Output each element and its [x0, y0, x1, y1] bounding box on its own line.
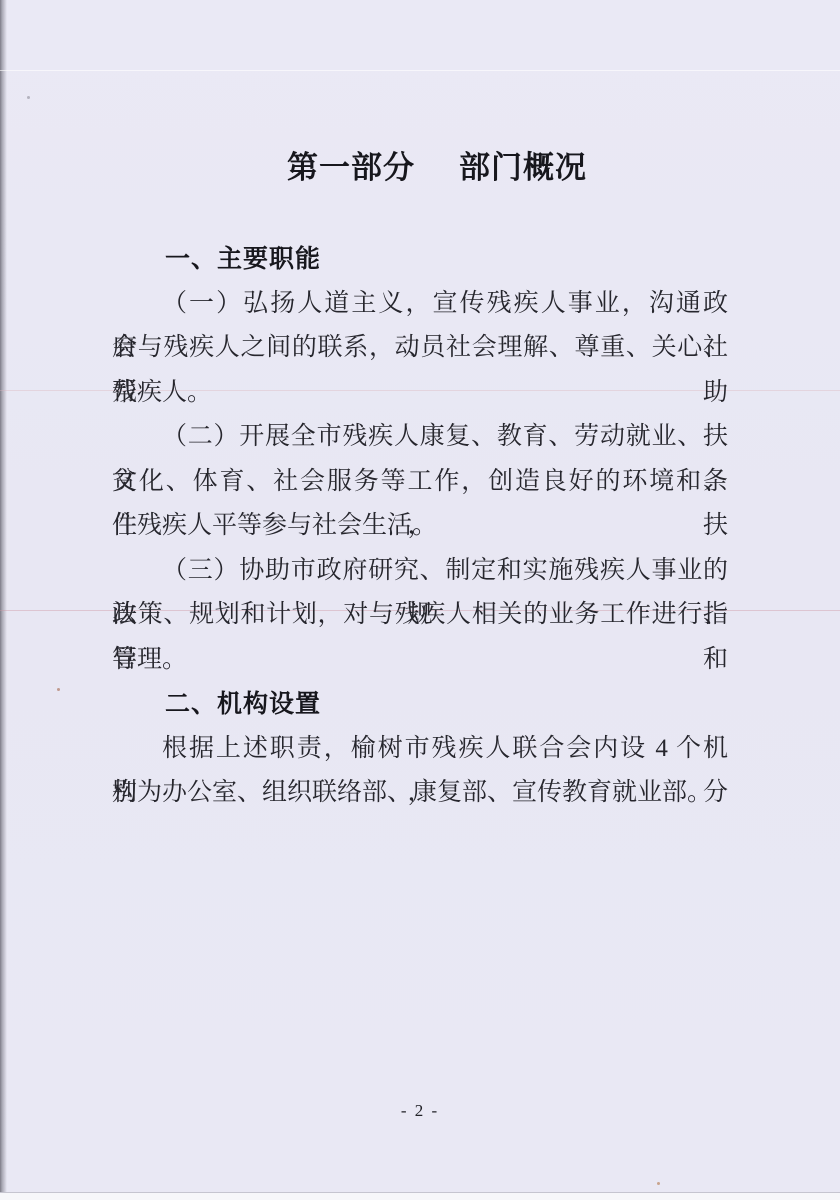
paragraph-line: （一）弘扬人道主义，宣传残疾人事业，沟通政府、社	[112, 282, 728, 327]
paragraph-line: 政策、规划和计划，对与残疾人相关的业务工作进行指导和	[112, 593, 728, 638]
scan-edge-shadow	[0, 0, 7, 1200]
paragraph-line: 文化、体育、社会服务等工作，创造良好的环境和条件，扶	[112, 460, 728, 505]
page-number: - 2 -	[0, 1101, 840, 1121]
scan-artifact-line	[0, 70, 840, 71]
page-title-part-label: 第一部分	[287, 150, 415, 185]
paragraph-line: （三）协助市政府研究、制定和实施残疾人事业的法规、	[112, 549, 728, 594]
paragraph-line: （二）开展全市残疾人康复、教育、劳动就业、扶贫、	[112, 415, 728, 460]
page-title: 第一部分部门概况	[17, 149, 840, 186]
page-title-part-name: 部门概况	[459, 150, 587, 185]
scanned-document-page: 第一部分部门概况 一、主要职能 （一）弘扬人道主义，宣传残疾人事业，沟通政府、社…	[0, 0, 840, 1200]
paper-speck	[27, 96, 30, 99]
paragraph-line: 根据上述职责，榆树市残疾人联合会内设 4 个机构，分	[112, 727, 728, 772]
paper-speck	[57, 688, 60, 691]
scan-edge-bottom	[0, 1192, 840, 1200]
document-body: 一、主要职能 （一）弘扬人道主义，宣传残疾人事业，沟通政府、社 会与残疾人之间的…	[112, 237, 728, 816]
paragraph-line: 别为办公室、组织联络部、康复部、宣传教育就业部。	[112, 771, 728, 816]
section-heading-main-functions: 一、主要职能	[112, 237, 728, 282]
section-heading-org-structure: 二、机构设置	[112, 682, 728, 727]
paper-speck	[657, 1182, 660, 1185]
paragraph-line: 会与残疾人之间的联系，动员社会理解、尊重、关心、帮助	[112, 326, 728, 371]
